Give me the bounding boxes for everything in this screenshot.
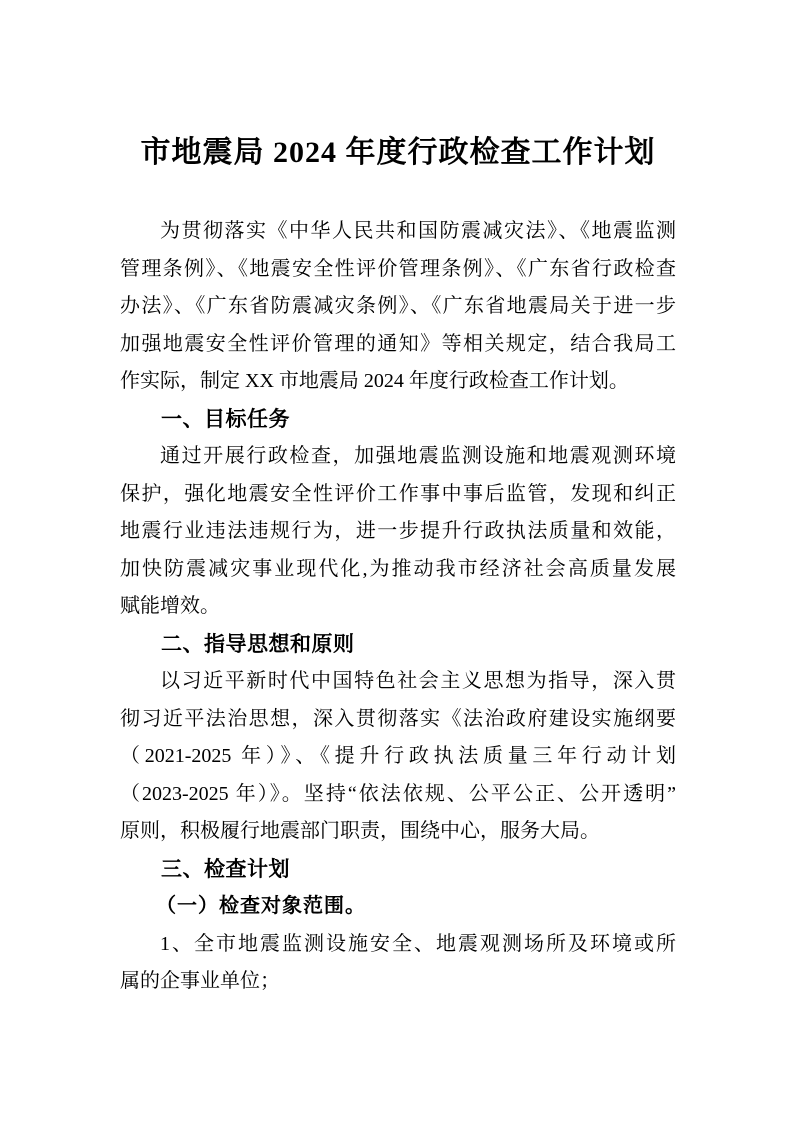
goals-paragraph: 通过开展行政检查，加强地震监测设施和地震观测环境保护，强化地震安全性评价工作事中… bbox=[120, 438, 676, 626]
text-line: 地震行业违法违规行为，进一步提升行政执法质量和效能， bbox=[120, 513, 676, 551]
text-line: 以习近平新时代中国特色社会主义思想为指导，深入贯 bbox=[120, 663, 676, 701]
document-page: 市地震局 2024 年度行政检查工作计划 为贯彻落实《中华人民共和国防震减灾法》… bbox=[0, 0, 793, 1122]
text-line: （2023-2025 年）》。坚持“依法依规、公平公正、公开透明” bbox=[120, 776, 676, 814]
text-line: 原则，积极履行地震部门职责，围绕中心，服务大局。 bbox=[120, 813, 676, 851]
guiding-principles-paragraph: 以习近平新时代中国特色社会主义思想为指导，深入贯彻习近平法治思想，深入贯彻落实《… bbox=[120, 663, 676, 851]
subsection-heading-3-1: （一）检查对象范围。 bbox=[120, 888, 676, 926]
text-line: 赋能增效。 bbox=[120, 588, 676, 626]
section-heading-1: 一、目标任务 bbox=[120, 401, 676, 439]
text-line: 加强地震安全性评价管理的通知》等相关规定，结合我局工 bbox=[120, 326, 676, 364]
text-line: 管理条例》、《地震安全性评价管理条例》、《广东省行政检查 bbox=[120, 251, 676, 289]
text-line: 通过开展行政检查，加强地震监测设施和地震观测环境 bbox=[120, 438, 676, 476]
text-line: 加快防震减灾事业现代化,为推动我市经济社会高质量发展 bbox=[120, 551, 676, 589]
text-line: 彻习近平法治思想，深入贯彻落实《法治政府建设实施纲要 bbox=[120, 701, 676, 739]
intro-paragraph: 为贯彻落实《中华人民共和国防震减灾法》、《地震监测管理条例》、《地震安全性评价管… bbox=[120, 213, 676, 401]
document-body: 为贯彻落实《中华人民共和国防震减灾法》、《地震监测管理条例》、《地震安全性评价管… bbox=[120, 213, 676, 1001]
text-line: 为贯彻落实《中华人民共和国防震减灾法》、《地震监测 bbox=[120, 213, 676, 251]
section-heading-3: 三、检查计划 bbox=[120, 851, 676, 889]
text-line: 属的企事业单位； bbox=[120, 963, 676, 1001]
text-line: 作实际，制定 XX 市地震局 2024 年度行政检查工作计划。 bbox=[120, 363, 676, 401]
section-heading-2: 二、指导思想和原则 bbox=[120, 626, 676, 664]
inspection-targets-item-1: 1、全市地震监测设施安全、地震观测场所及环境或所属的企事业单位； bbox=[120, 926, 676, 1001]
text-line: 办法》、《广东省防震减灾条例》、《广东省地震局关于进一步 bbox=[120, 288, 676, 326]
text-line: 1、全市地震监测设施安全、地震观测场所及环境或所 bbox=[120, 926, 676, 964]
document-title: 市地震局 2024 年度行政检查工作计划 bbox=[120, 133, 676, 173]
text-line: （2021-2025 年）》、《提升行政执法质量三年行动计划 bbox=[120, 738, 676, 776]
text-line: 保护，强化地震安全性评价工作事中事后监管，发现和纠正 bbox=[120, 476, 676, 514]
